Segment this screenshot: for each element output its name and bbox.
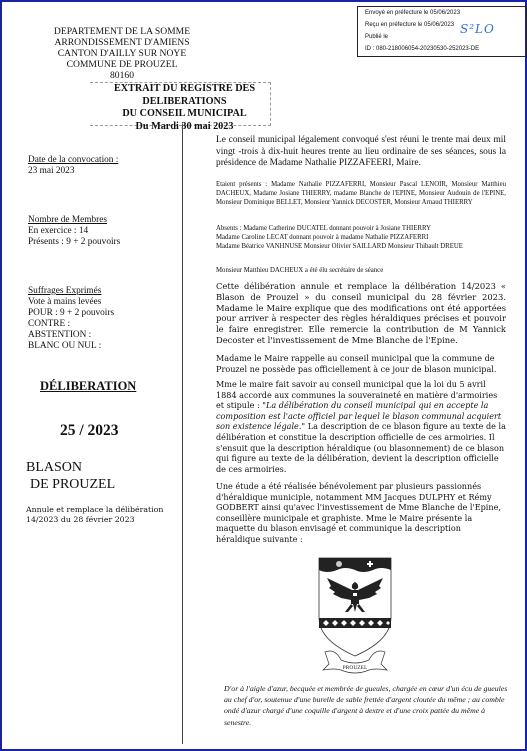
document-page: DEPARTEMENT DE LA SOMME ARRONDISSEMENT D… <box>0 0 527 751</box>
members-label: Nombre de Membres <box>28 215 120 226</box>
slo-signature-logo: S²LO <box>460 22 495 36</box>
session-secretary: Monsieur Matthieu DACHEUX a été élu secr… <box>216 266 506 275</box>
title-date: Du Mardi 30 mai 2023 <box>102 121 267 134</box>
absent-line: Absents : Madame Catherine DUCATEL donna… <box>216 224 506 233</box>
absent-line: Madame Caroline LECAT donnant pouvoir à … <box>216 233 506 242</box>
votes-abstention: ABSTENTION : <box>28 330 114 341</box>
convocation-label: Date de la convocation : <box>28 155 118 166</box>
administrative-header: DEPARTEMENT DE LA SOMME ARRONDISSEMENT D… <box>32 26 212 81</box>
document-title: EXTRAIT DU REGISTRE DES DELIBERATIONS DU… <box>102 83 267 133</box>
members-exercice: En exercice : 14 <box>28 226 120 237</box>
absent-line: Madame Béatrice VANHNUSE Monsieur Olivie… <box>216 242 506 251</box>
members-block: Nombre de Membres En exercice : 14 Prése… <box>28 215 120 248</box>
header-arrondissement: ARRONDISSEMENT D'AMIENS <box>32 37 212 48</box>
votes-contre: CONTRE : <box>28 319 114 330</box>
votes-pour: POUR : 9 + 2 pouvoirs <box>28 308 114 319</box>
attendees-absent: Absents : Madame Catherine DUCATEL donna… <box>216 224 506 251</box>
paragraph-study: Une étude a été réalisée bénévolement pa… <box>216 481 506 545</box>
prouzel-coat-of-arms: PROUZEL <box>315 556 395 676</box>
subject-line-1: BLASON <box>26 459 115 476</box>
deliberation-subject: BLASON DE PROUZEL <box>26 459 115 493</box>
convocation-block: Date de la convocation : 23 mai 2023 <box>28 155 118 177</box>
stamp-id: ID : 080-218006054-20230530-252023-DE <box>365 46 479 52</box>
paragraph-law-1884: Mme le maire fait savoir au conseil muni… <box>216 379 506 474</box>
deliberation-number: 25 / 2023 <box>60 422 119 440</box>
title-line-1: EXTRAIT DU REGISTRE DES DELIBERATIONS <box>102 83 267 108</box>
shield-banner-text: PROUZEL <box>343 665 368 671</box>
title-line-2: DU CONSEIL MUNICIPAL <box>102 108 267 121</box>
column-divider <box>182 124 183 744</box>
header-postcode: 80160 <box>32 70 212 81</box>
votes-blanc: BLANC OU NUL : <box>28 341 114 352</box>
intro-paragraph: Le conseil municipal légalement convoqué… <box>216 135 506 170</box>
header-department: DEPARTEMENT DE LA SOMME <box>32 26 212 37</box>
attendees-present: Etaient présents : Madame Nathalie PIZZA… <box>216 180 506 207</box>
members-presents: Présents : 9 + 2 pouvoirs <box>28 237 120 248</box>
header-commune: COMMUNE DE PROUZEL <box>32 59 212 70</box>
votes-label: Suffrages Exprimés <box>28 286 114 297</box>
convocation-date: 23 mai 2023 <box>28 166 118 177</box>
subject-line-2: DE PROUZEL <box>26 476 115 493</box>
paragraph-no-blazon: Madame le Maire rappelle au conseil muni… <box>216 353 506 374</box>
header-canton: CANTON D'AILLY SUR NOYE <box>32 48 212 59</box>
deliberation-label: DÉLIBERATION <box>40 379 136 394</box>
stamp-received: Reçu en préfecture le 05/06/2023 <box>365 22 454 28</box>
votes-block: Suffrages Exprimés Vote à mains levées P… <box>28 286 114 351</box>
votes-method: Vote à mains levées <box>28 297 114 308</box>
blazon-description: D'or à l'aigle d'azur, becquée et membré… <box>224 683 514 728</box>
replacement-note: Annule et remplace la délibération 14/20… <box>26 505 176 526</box>
stamp-sent: Envoyé en préfecture le 05/06/2023 <box>365 10 460 16</box>
prefecture-stamp: Envoyé en préfecture le 05/06/2023 Reçu … <box>357 6 527 57</box>
paragraph-annulment: Cette délibération annule et remplace la… <box>216 281 506 346</box>
stamp-published: Publié le <box>365 34 388 40</box>
